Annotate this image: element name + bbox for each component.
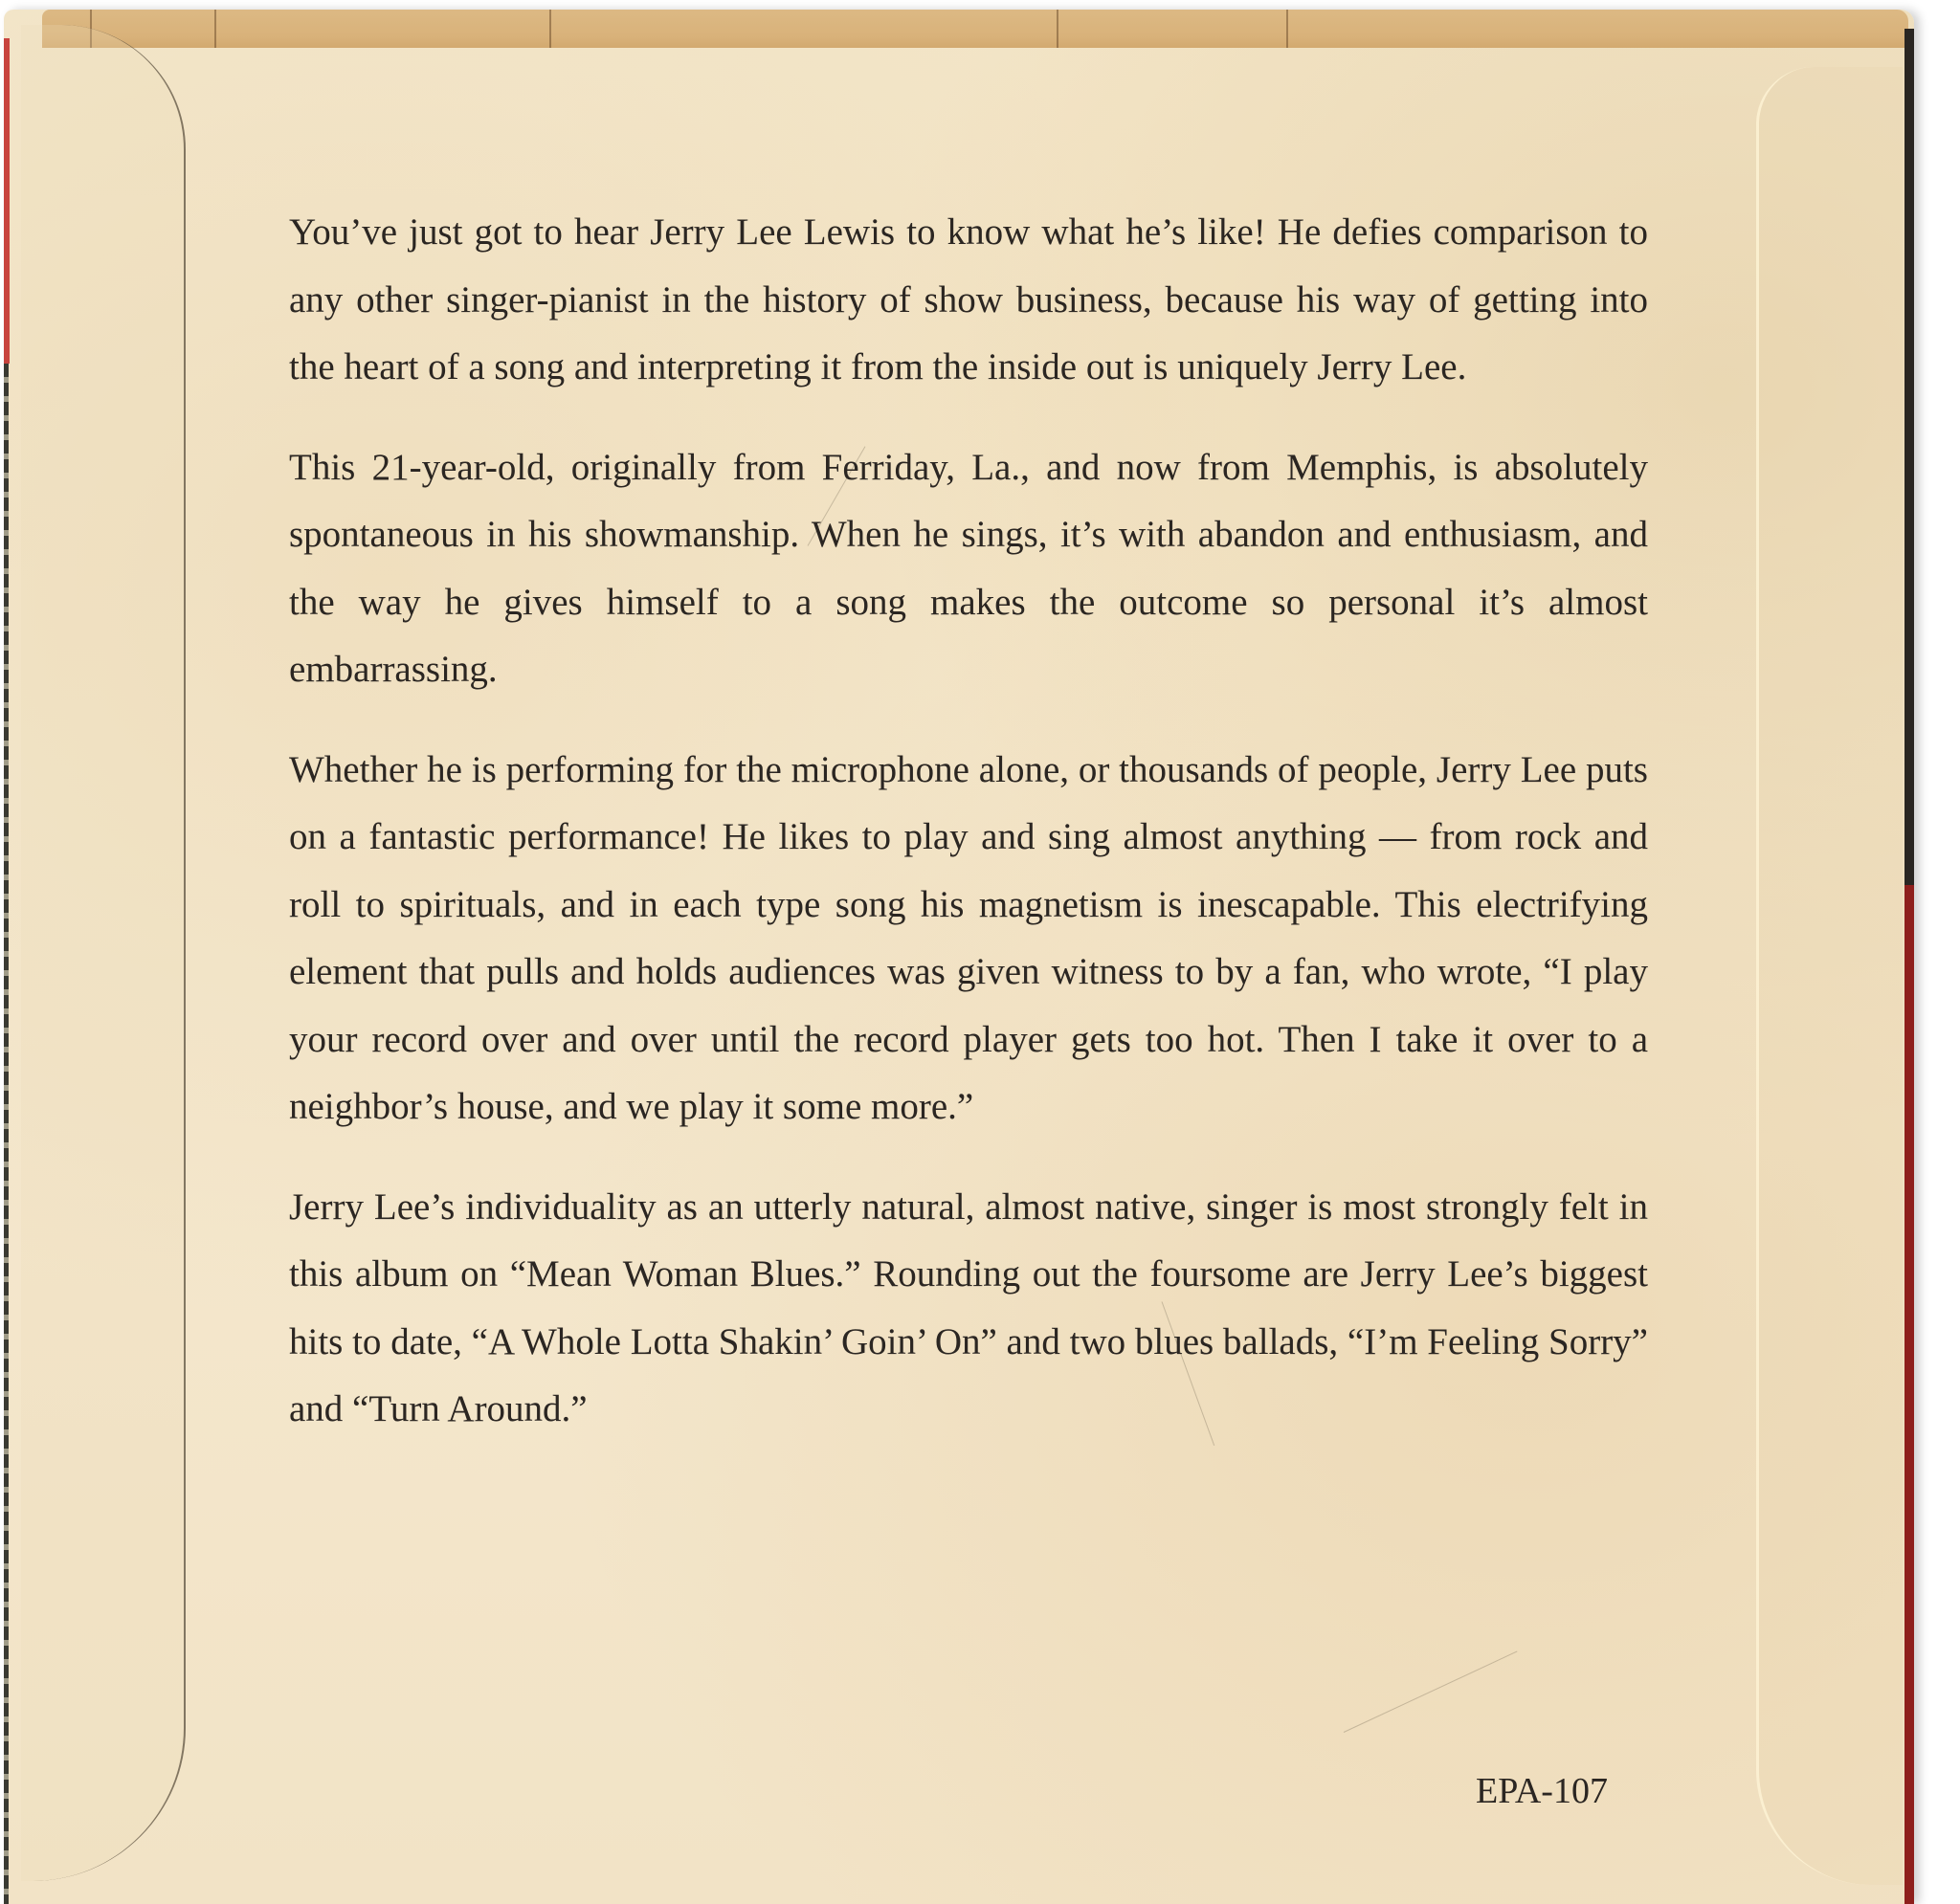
flap-crack	[549, 10, 551, 48]
scuff-mark	[1344, 1651, 1518, 1733]
liner-paragraph-1: You’ve just got to hear Jerry Lee Lewis …	[289, 199, 1648, 402]
catalog-number: EPA-107	[1476, 1770, 1608, 1812]
right-edge-dark-stripe	[1904, 29, 1914, 890]
top-glue-flap	[42, 10, 1908, 48]
right-fold-flap	[1756, 67, 1903, 1885]
liner-notes: You’ve just got to hear Jerry Lee Lewis …	[289, 199, 1648, 1476]
liner-paragraph-2: This 21-year-old, originally from Ferrid…	[289, 434, 1648, 704]
right-edge-red-stripe	[1904, 885, 1914, 1904]
left-fold-flap	[21, 25, 186, 1881]
left-edge-red-stripe	[4, 38, 10, 364]
liner-paragraph-3: Whether he is performing for the microph…	[289, 737, 1648, 1141]
liner-paragraph-4: Jerry Lee’s individuality as an utterly …	[289, 1174, 1648, 1444]
flap-crack	[1286, 10, 1288, 48]
left-edge-dark-stripe	[4, 364, 9, 1904]
flap-crack	[1057, 10, 1058, 48]
flap-crack	[214, 10, 216, 48]
